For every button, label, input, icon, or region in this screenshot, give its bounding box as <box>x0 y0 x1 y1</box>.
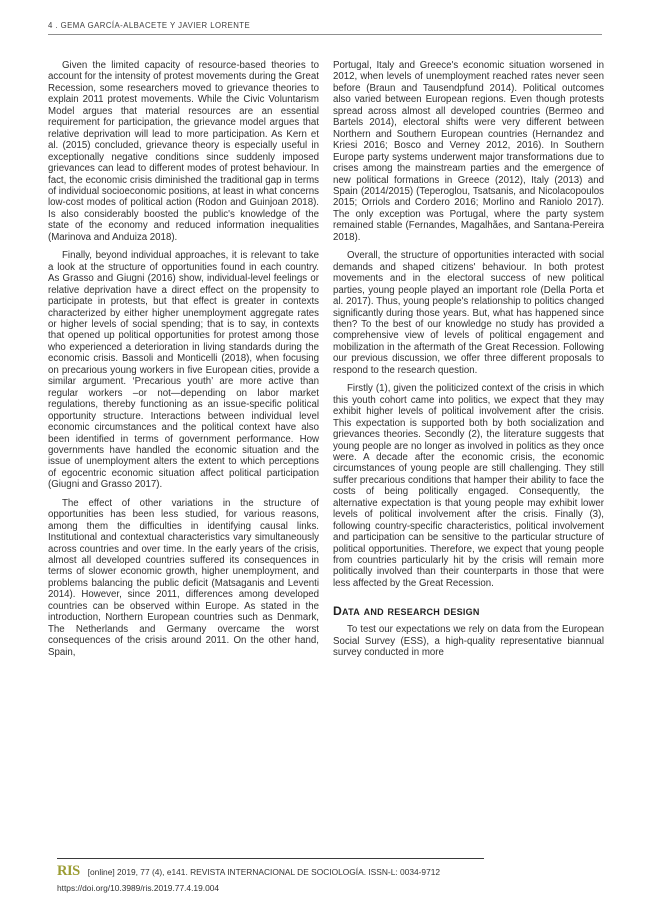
paper-page: 4 . GEMA GARCÍA-ALBACETE Y JAVIER LORENT… <box>0 0 650 920</box>
article-paragraph: Given the limited capacity of resource-b… <box>48 60 319 243</box>
journal-citation: [online] 2019, 77 (4), e141. REVISTA INT… <box>88 867 440 877</box>
running-header: 4 . GEMA GARCÍA-ALBACETE Y JAVIER LORENT… <box>48 21 250 30</box>
doi-link[interactable]: https://doi.org/10.3989/ris.2019.77.4.19… <box>57 883 219 893</box>
article-column-left: Given the limited capacity of resource-b… <box>48 60 319 665</box>
article-paragraph: Finally, beyond individual approaches, i… <box>48 250 319 491</box>
section-heading: Data and research design <box>333 604 604 618</box>
footer-citation-line: RIS [online] 2019, 77 (4), e141. REVISTA… <box>57 864 440 878</box>
article-paragraph: Overall, the structure of opportunities … <box>333 250 604 376</box>
header-rule <box>48 34 602 35</box>
ris-journal-logo: RIS <box>57 864 80 878</box>
article-column-right: Portugal, Italy and Greece's economic si… <box>333 60 604 666</box>
article-paragraph: Firstly (1), given the politicized conte… <box>333 383 604 589</box>
article-paragraph: The effect of other variations in the st… <box>48 498 319 658</box>
article-paragraph: Portugal, Italy and Greece's economic si… <box>333 60 604 243</box>
article-paragraph: To test our expectations we rely on data… <box>333 624 604 658</box>
footer-rule <box>57 858 484 859</box>
